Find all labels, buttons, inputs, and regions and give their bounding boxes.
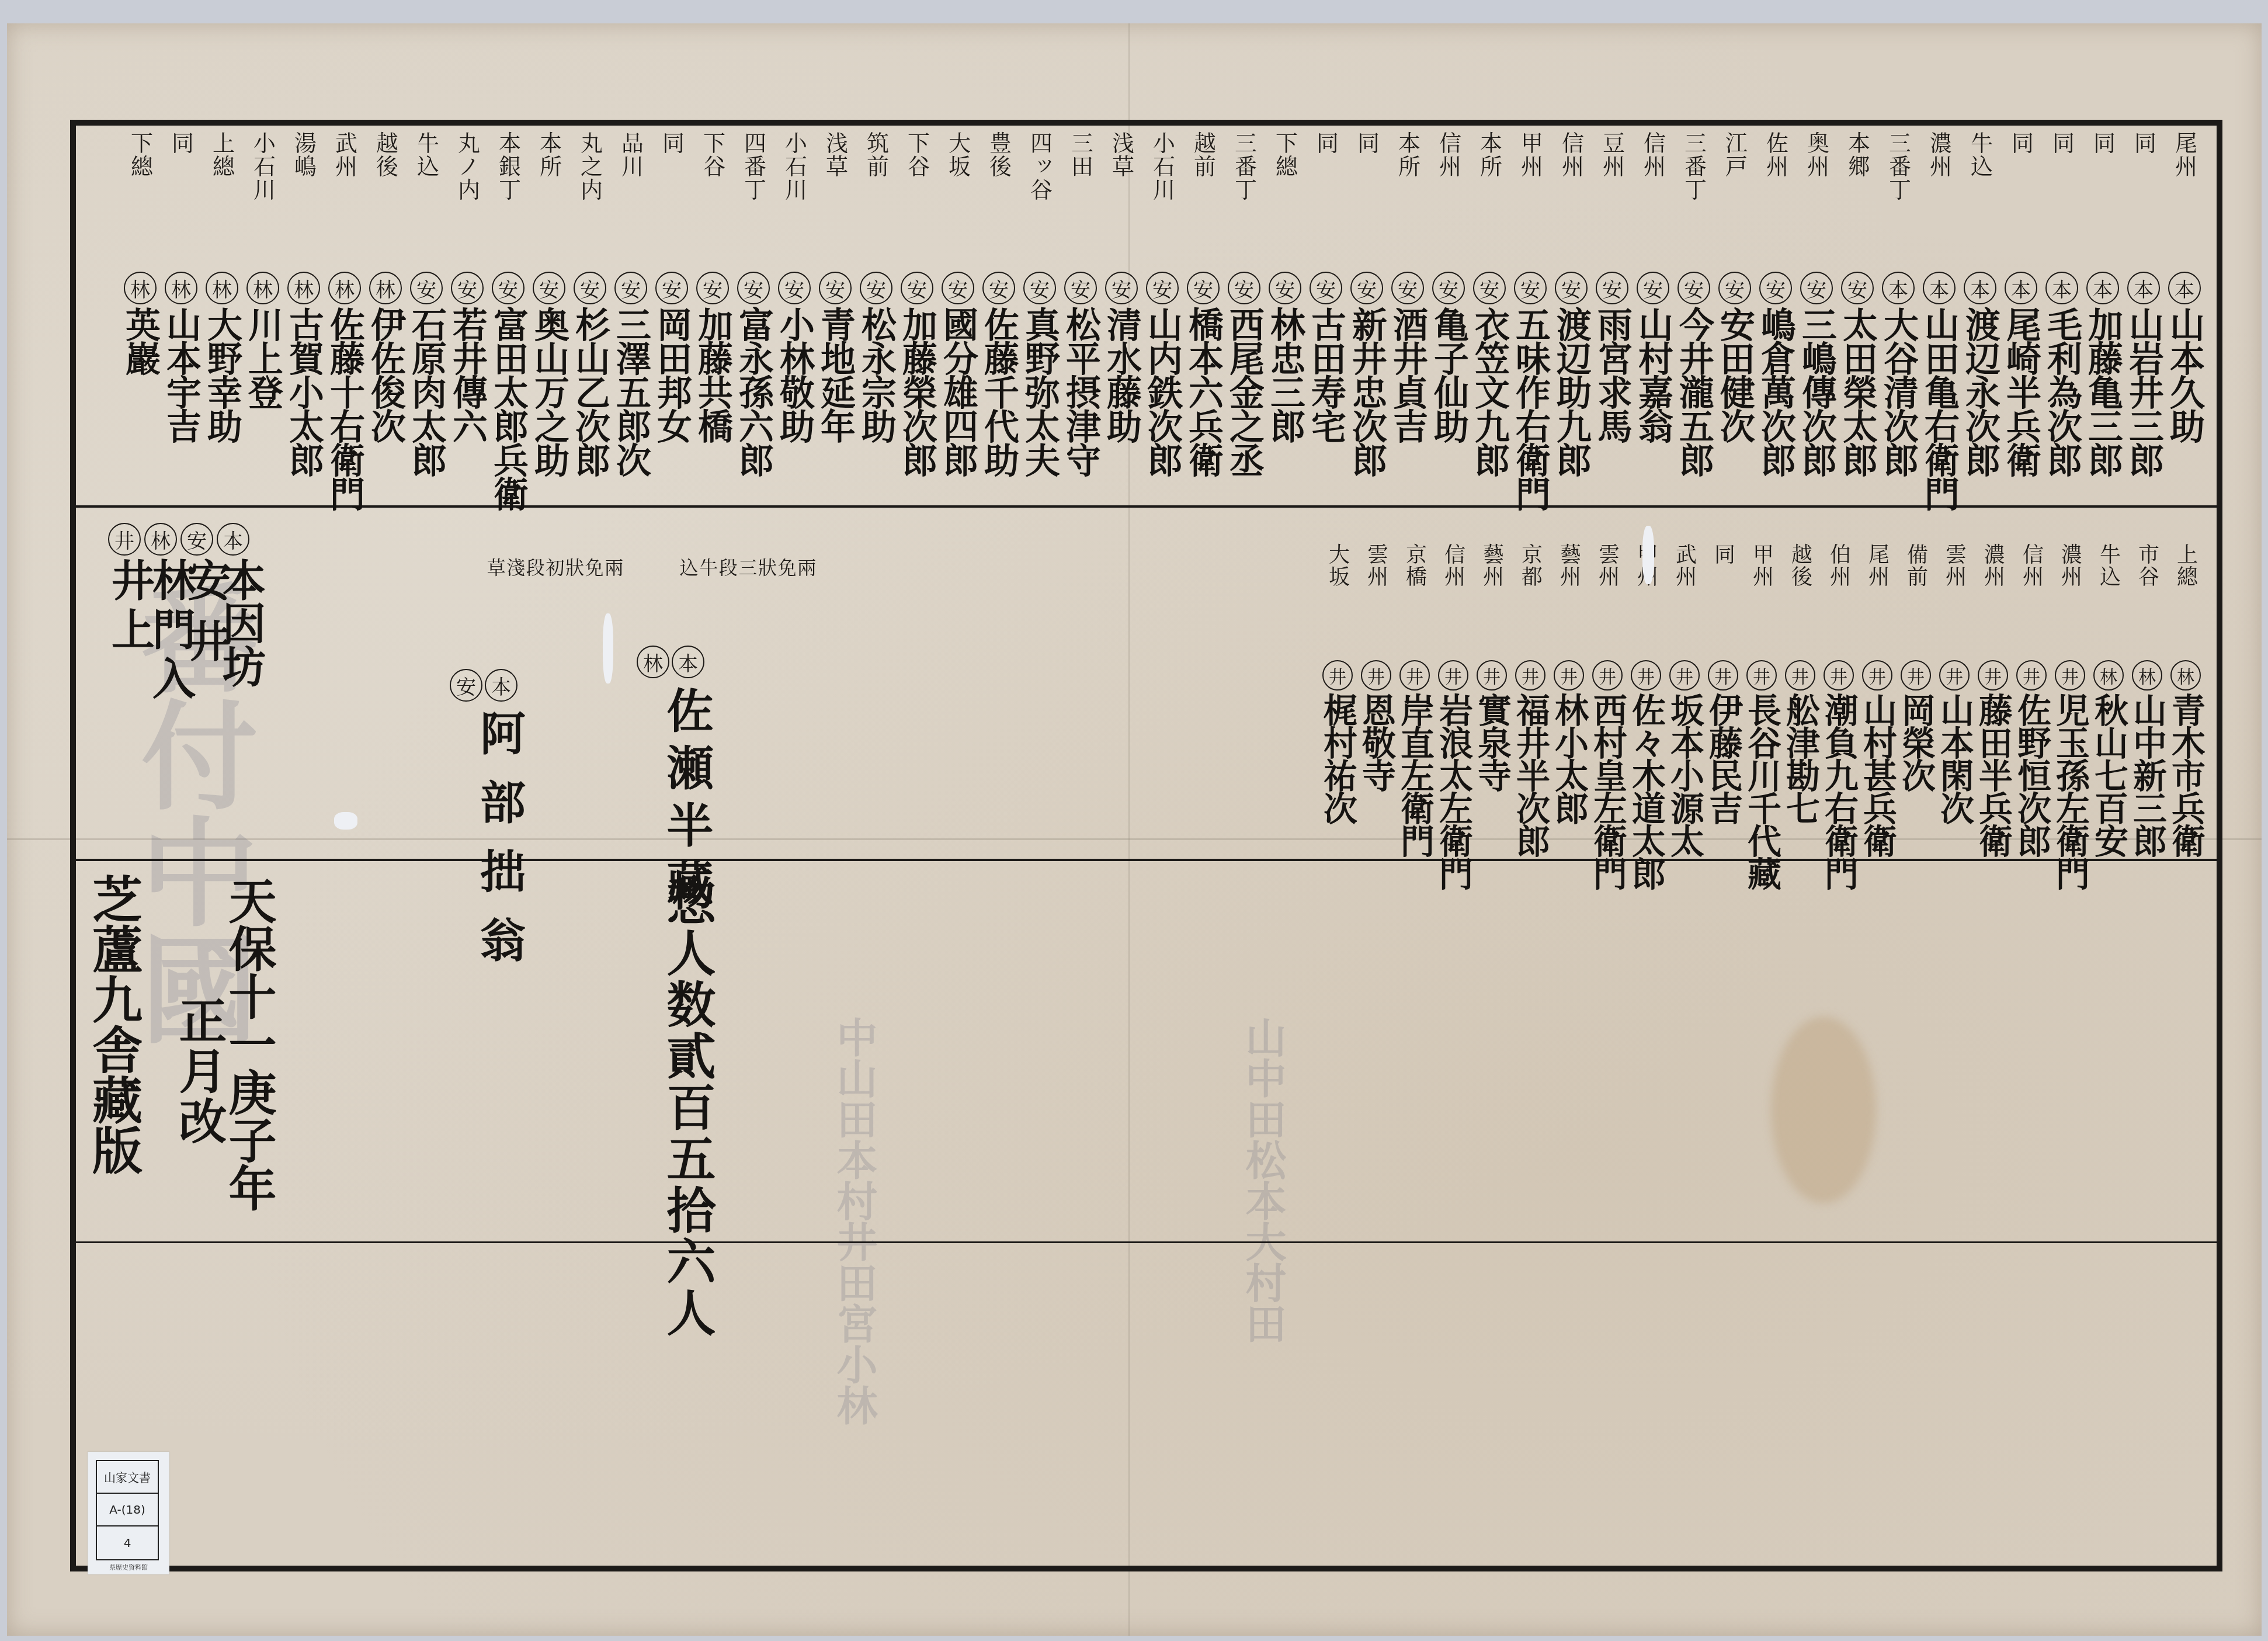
roster-entry: 四番丁 安 富永孫六郎 — [733, 131, 774, 564]
seal-icon: 井 — [1669, 660, 1700, 691]
date-month: 正月改 — [175, 996, 223, 1147]
seal-icon: 安 — [1146, 272, 1179, 304]
master-name: 井上 — [108, 558, 151, 656]
entry-province: 筑前 — [860, 131, 892, 219]
roster-entry: 同 本 山岩井三郎 — [2123, 131, 2164, 564]
entry-province: 武州 — [329, 131, 361, 219]
total-count: 惣人数貳百五拾六人 — [663, 876, 712, 1339]
seal-icon: 安 — [1800, 272, 1833, 304]
entry-province: 四ッ谷 — [1024, 131, 1056, 219]
roster-entry: 本所 安 奥山万之助 — [529, 131, 569, 564]
seal-icon: 安 — [655, 272, 688, 304]
seal-icon: 本 — [2045, 272, 2078, 304]
seal-icon: 安 — [1596, 272, 1628, 304]
entry-province: 豊後 — [983, 131, 1015, 219]
seal-icon: 井 — [1631, 660, 1661, 691]
label-institution: 県歴史資料館 — [88, 1563, 169, 1572]
roster-entry: 本所 安 酒井貞吉 — [1387, 131, 1428, 564]
roster-entry: 下總 安 林忠三郎 — [1265, 131, 1305, 564]
roster-entry: 本郷 安 太田榮太郎 — [1837, 131, 1878, 564]
roster-entry: 濃州 本 山田亀右衛門 — [1919, 131, 1960, 564]
seal-icon: 本 — [217, 523, 249, 556]
entry-province: 信州 — [1555, 131, 1588, 219]
roster-entry: 同 安 岡田邦女 — [651, 131, 692, 564]
roster-entry: 江戸 安 安田健次 — [1714, 131, 1755, 564]
entry-province: 丸之内 — [574, 131, 606, 219]
seal-icon: 安 — [1473, 272, 1506, 304]
seal-icon: 林 — [246, 272, 279, 304]
seal-icon: 安 — [819, 272, 852, 304]
entry-province: 江戸 — [1719, 131, 1751, 219]
seal-icon: 安 — [1555, 272, 1588, 304]
seal-icon: 安 — [450, 669, 482, 702]
seal-icon: 安 — [1228, 272, 1260, 304]
seal-icon: 林 — [369, 272, 402, 304]
seal-icon: 安 — [1391, 272, 1424, 304]
divider — [76, 1241, 2217, 1243]
archive-label: 山家文書 A-(18) 4 県歴史資料館 — [88, 1452, 169, 1574]
seal-icon: 安 — [860, 272, 892, 304]
entry-province: 丸ノ内 — [451, 131, 484, 219]
entry-province: 四番丁 — [738, 131, 770, 219]
seal-group: 本 安 林 井 — [108, 523, 249, 556]
label-item: 4 — [97, 1526, 158, 1559]
roster-entry: 本銀丁 安 富田太郎兵衛 — [488, 131, 529, 564]
entry-province: 越後 — [1786, 543, 1815, 625]
roster-entry: 三番丁 本 大谷清次郎 — [1878, 131, 1919, 564]
entry-province: 藝州 — [1477, 543, 1507, 625]
entry-province: 奥州 — [1801, 131, 1833, 219]
roster-entry: 同 本 尾崎半兵衛 — [2000, 131, 2041, 564]
entry-province: 上總 — [206, 131, 238, 219]
roster-entry: 小石川 安 小林敬助 — [774, 131, 815, 564]
label-grid: 山家文書 A-(18) 4 — [96, 1460, 159, 1560]
roster-entry: 尾州 本 山本久助 — [2164, 131, 2205, 564]
roster-entry: 越前 安 橋本六兵衛 — [1183, 131, 1224, 564]
seal-icon: 安 — [1514, 272, 1547, 304]
roster-entry: 越後 林 伊佐俊次 — [365, 131, 406, 564]
roster-entry: 浅草 安 清水藤助 — [1101, 131, 1142, 564]
seal-icon: 安 — [982, 272, 1015, 304]
entry-province: 藝州 — [1554, 543, 1584, 625]
seal-icon: 井 — [1824, 660, 1854, 691]
seal-icon: 井 — [1322, 660, 1353, 691]
entry-province: 雲州 — [1940, 543, 1970, 625]
entry-province: 品川 — [615, 131, 647, 219]
seal-icon: 林 — [2170, 660, 2201, 691]
roster-entry: 本所 安 衣笠文九郎 — [1469, 131, 1510, 564]
entry-province: 同 — [1351, 131, 1383, 219]
license-name: 阿部拙翁 — [476, 710, 522, 986]
entry-province: 三番丁 — [1883, 131, 1915, 219]
label-collection: 山家文書 — [97, 1461, 158, 1494]
entry-province: 湯嶋 — [288, 131, 320, 219]
entry-province: 信州 — [1439, 543, 1468, 625]
entry-province: 備前 — [1901, 543, 1931, 625]
roster-entry: 奥州 安 三嶋傳次郎 — [1796, 131, 1837, 564]
seal-icon: 本 — [672, 646, 704, 678]
roster-entry: 上總 林 大野幸助 — [202, 131, 242, 564]
seal-icon: 井 — [2016, 660, 2047, 691]
top-roster-row: 尾州 本 山本久助 同 本 山岩井三郎 同 本 加藤亀三郎 同 本 毛利為次郎 … — [120, 131, 2205, 564]
tear — [1642, 526, 1654, 584]
seal-icon: 安 — [942, 272, 974, 304]
seal-icon: 本 — [485, 669, 517, 702]
paper-sheet: 番付中國 中山田本村井田宮小林 山中田松本大村田 尾州 本 山本久助 同 本 山… — [7, 23, 2262, 1636]
roster-entry: 下谷 安 加藤榮次郎 — [897, 131, 937, 564]
master-name: 林門入 — [149, 558, 192, 705]
roster-entry: 信州 安 渡辺助九郎 — [1551, 131, 1592, 564]
roster-entry: 同 安 古田寿宅 — [1305, 131, 1346, 564]
entry-province: 雲州 — [1362, 543, 1391, 625]
entry-province: 本郷 — [1842, 131, 1874, 219]
seal-icon: 林 — [206, 272, 238, 304]
entry-province: 伯州 — [1824, 543, 1854, 625]
seal-icon: 安 — [1677, 272, 1710, 304]
seal-icon: 安 — [1023, 272, 1056, 304]
entry-province: 豆州 — [1596, 131, 1628, 219]
roster-entry: 豊後 安 佐藤千代助 — [978, 131, 1019, 564]
roster-entry: 小石川 林 川上登 — [242, 131, 283, 564]
seal-icon: 安 — [901, 272, 933, 304]
entry-province: 同 — [656, 131, 688, 219]
seal-icon: 安 — [410, 272, 443, 304]
entry-province: 三番丁 — [1228, 131, 1260, 219]
seal-group: 安 本 — [450, 669, 517, 702]
roster-entry: 信州 安 山村嘉翁 — [1633, 131, 1673, 564]
entry-province: 同 — [2005, 131, 2037, 219]
middle-roster-row: 上總 林 青木市兵衛 市谷 林 山中新三郎 牛込 林 秋山七百安 濃州 井 児玉… — [1318, 543, 2205, 962]
seal-icon: 本 — [2086, 272, 2119, 304]
entry-province: 本所 — [1474, 131, 1506, 219]
seal-icon: 安 — [737, 272, 770, 304]
roster-entry: 三番丁 安 西尾金之丞 — [1224, 131, 1265, 564]
entry-name: 山本久助 — [2159, 307, 2210, 564]
seal-icon: 井 — [1862, 660, 1892, 691]
entry-province: 下谷 — [901, 131, 933, 219]
entry-province: 同 — [1310, 131, 1342, 219]
entry-province: 信州 — [1433, 131, 1465, 219]
entry-province: 越後 — [370, 131, 402, 219]
seal-icon: 安 — [1759, 272, 1792, 304]
tear — [603, 613, 613, 684]
seal-icon: 安 — [1350, 272, 1383, 304]
seal-icon: 井 — [1978, 660, 2008, 691]
entry-province: 同 — [165, 131, 197, 219]
seal-icon: 井 — [1399, 660, 1430, 691]
entry-province: 同 — [1708, 543, 1738, 625]
roster-entry: 三番丁 安 今井瀧五郎 — [1673, 131, 1714, 564]
roster-entry: 牛込 本 渡辺永次郎 — [1960, 131, 2000, 564]
entry-province: 越前 — [1187, 131, 1220, 219]
printed-frame: 尾州 本 山本久助 同 本 山岩井三郎 同 本 加藤亀三郎 同 本 毛利為次郎 … — [70, 120, 2222, 1571]
entry-province: 佐州 — [1760, 131, 1792, 219]
entry-province: 本所 — [1392, 131, 1424, 219]
seal-icon: 安 — [1718, 272, 1751, 304]
roster-entry: 甲州 安 五味作右衛門 — [1510, 131, 1551, 564]
seal-icon: 井 — [1708, 660, 1738, 691]
seal-icon: 井 — [1515, 660, 1545, 691]
roster-entry: 豆州 安 雨宮求馬 — [1592, 131, 1633, 564]
seal-icon: 安 — [1841, 272, 1874, 304]
roster-entry: 牛込 安 石原肉太郎 — [406, 131, 447, 564]
entry-province: 甲州 — [1747, 543, 1777, 625]
seal-icon: 井 — [1554, 660, 1584, 691]
seal-icon: 林 — [328, 272, 361, 304]
entry-province: 小石川 — [779, 131, 811, 219]
entry-province: 信州 — [2017, 543, 2047, 625]
entry-province: 京橋 — [1400, 543, 1430, 625]
seal-icon: 安 — [1187, 272, 1220, 304]
seal-icon: 林 — [165, 272, 197, 304]
seal-icon: 井 — [1592, 660, 1623, 691]
roster-entry: 上總 林 青木市兵衛 — [2166, 543, 2205, 962]
entry-province: 小石川 — [247, 131, 279, 219]
roster-entry: 佐州 安 嶋倉萬次郎 — [1755, 131, 1796, 564]
entry-province: 甲州 — [1515, 131, 1547, 219]
entry-province: 大坂 — [942, 131, 974, 219]
seal-icon: 安 — [533, 272, 565, 304]
entry-province: 三番丁 — [1678, 131, 1710, 219]
entry-province: 市谷 — [2132, 543, 2162, 625]
roster-entry: 品川 安 三澤五郎次 — [610, 131, 651, 564]
entry-province: 同 — [2046, 131, 2078, 219]
seal-icon: 安 — [1064, 272, 1097, 304]
entry-province: 牛込 — [1964, 131, 1996, 219]
seal-icon: 安 — [1310, 272, 1342, 304]
seal-icon: 安 — [180, 523, 213, 556]
entry-province: 京都 — [1516, 543, 1545, 625]
seal-icon: 本 — [1923, 272, 1956, 304]
entry-province: 下谷 — [697, 131, 729, 219]
entry-province: 小石川 — [1147, 131, 1179, 219]
seal-icon: 安 — [696, 272, 729, 304]
roster-entry: 同 林 山本宇吉 — [161, 131, 202, 564]
roster-entry: 同 安 新井忠次郎 — [1346, 131, 1387, 564]
entry-province: 本銀丁 — [492, 131, 525, 219]
seal-icon: 安 — [778, 272, 811, 304]
roster-entry: 大坂 安 國分雄四郎 — [937, 131, 978, 564]
seal-icon: 安 — [451, 272, 484, 304]
entry-province: 濃州 — [1978, 543, 2008, 625]
entry-province: 浅草 — [819, 131, 852, 219]
seal-icon: 安 — [1269, 272, 1301, 304]
license-note: 兩免狀 初段淺草 — [485, 558, 622, 577]
entry-province: 下總 — [1269, 131, 1301, 219]
seal-icon: 井 — [1901, 660, 1931, 691]
seal-icon: 本 — [1964, 272, 1996, 304]
entry-province: 三田 — [1065, 131, 1097, 219]
license-note: 兩免狀 三段牛込 — [678, 558, 815, 577]
seal-icon: 井 — [1438, 660, 1468, 691]
roster-entry: 湯嶋 林 古賀小太郎 — [283, 131, 324, 564]
seal-icon: 安 — [1432, 272, 1465, 304]
roster-entry: 下總 林 英巖 — [120, 131, 161, 564]
entry-province: 牛込 — [2094, 543, 2124, 625]
roster-entry: 浅草 安 青地延年 — [815, 131, 856, 564]
entry-province: 本所 — [533, 131, 565, 219]
roster-entry: 丸之内 安 杉山乙次郎 — [569, 131, 610, 564]
seal-icon: 井 — [1746, 660, 1777, 691]
entry-province: 濃州 — [2055, 543, 2085, 625]
seal-icon: 本 — [2005, 272, 2037, 304]
roster-entry: 同 本 加藤亀三郎 — [2082, 131, 2123, 564]
roster-entry: 武州 林 佐藤十右衛門 — [324, 131, 365, 564]
seal-icon: 林 — [2132, 660, 2162, 691]
seal-icon: 安 — [492, 272, 525, 304]
seal-icon: 安 — [614, 272, 647, 304]
entry-province: 同 — [2128, 131, 2160, 219]
seal-icon: 林 — [124, 272, 157, 304]
entry-province: 信州 — [1637, 131, 1669, 219]
entry-province: 雲州 — [1593, 543, 1623, 625]
roster-entry: 筑前 安 松永宗助 — [856, 131, 897, 564]
entry-province: 上總 — [2171, 543, 2201, 625]
seal-icon: 安 — [1105, 272, 1138, 304]
masters-block: 本 安 林 井 本因坊 安井 林門入 井上 — [108, 523, 249, 556]
seal-group: 林 本 — [637, 646, 704, 678]
seal-icon: 本 — [2168, 272, 2201, 304]
roster-entry: 下谷 安 加藤共橋 — [692, 131, 733, 564]
entry-name: 青木市兵衛 — [2161, 693, 2210, 962]
entry-province: 同 — [2087, 131, 2119, 219]
entry-province: 濃州 — [1923, 131, 1956, 219]
entry-province: 牛込 — [411, 131, 443, 219]
seal-icon: 林 — [287, 272, 320, 304]
entry-province: 尾州 — [2169, 131, 2201, 219]
roster-entry: 丸ノ内 安 若井傳六 — [447, 131, 488, 564]
seal-icon: 安 — [574, 272, 606, 304]
publisher: 芝蘆九舎藏版 — [88, 873, 138, 1175]
entry-province: 武州 — [1670, 543, 1700, 625]
date-era: 天保十一庚子年 — [225, 876, 273, 1212]
seal-icon: 林 — [2093, 660, 2124, 691]
roster-entry: 四ッ谷 安 真野弥太夫 — [1019, 131, 1060, 564]
seal-icon: 井 — [2055, 660, 2085, 691]
roster-entry: 小石川 安 山内鉄次郎 — [1142, 131, 1183, 564]
roster-entry: 信州 安 亀子仙助 — [1428, 131, 1469, 564]
seal-icon: 林 — [144, 523, 177, 556]
seal-icon: 井 — [108, 523, 141, 556]
label-number: A-(18) — [97, 1494, 158, 1526]
entry-province: 下總 — [124, 131, 157, 219]
seal-icon: 井 — [1785, 660, 1815, 691]
entry-province: 尾州 — [1863, 543, 1892, 625]
tear — [334, 812, 357, 830]
roster-entry: 同 本 毛利為次郎 — [2041, 131, 2082, 564]
seal-icon: 本 — [1882, 272, 1915, 304]
seal-icon: 林 — [637, 646, 669, 678]
entry-province: 大坂 — [1323, 543, 1353, 625]
seal-icon: 井 — [1361, 660, 1391, 691]
seal-icon: 井 — [1477, 660, 1507, 691]
seal-icon: 安 — [1637, 272, 1669, 304]
entry-province: 浅草 — [1106, 131, 1138, 219]
seal-icon: 井 — [1939, 660, 1970, 691]
roster-entry: 三田 安 松平摂津守 — [1060, 131, 1101, 564]
seal-icon: 本 — [2127, 272, 2160, 304]
